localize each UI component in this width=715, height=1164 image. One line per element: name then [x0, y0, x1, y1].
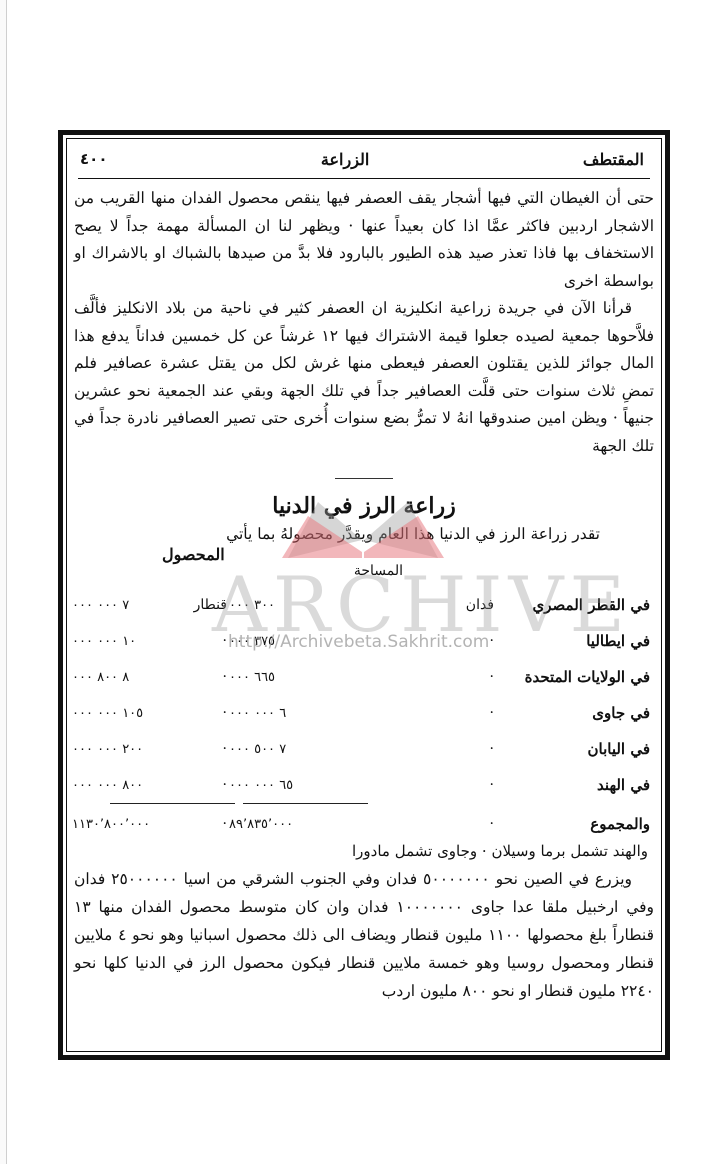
yield-cell: ٢٠٠ ٠٠٠ ٠٠٠: [70, 731, 167, 767]
paragraph: حتى أن الغيطان التي فيها أشجار يقف العصف…: [74, 185, 654, 295]
area-unit-cell: ·: [434, 731, 500, 767]
running-header: المقتطف الزراعة ٤٠٠: [70, 142, 658, 176]
page-number: ٤٠٠: [80, 150, 107, 168]
magazine-page: المقتطف الزراعة ٤٠٠ حتى أن الغيطان التي …: [64, 136, 664, 1054]
table-row: في الولايات المتحدة · ٦٦٥ ٠٠٠ · ٨ ٨٠٠ ٠٠…: [70, 659, 658, 695]
paragraph: قرأنا الآن في جريدة زراعية انكليزية ان ا…: [74, 295, 654, 460]
country-cell: في الهند: [500, 767, 658, 803]
yield-unit-cell: ·: [167, 659, 229, 695]
table-row: في جاوى · ٦ ٠٠٠ ٠٠٠ · ١٠٥ ٠٠٠ ٠٠٠: [70, 695, 658, 731]
country-cell: في الولايات المتحدة: [500, 659, 658, 695]
total-label: والمجموع: [500, 809, 658, 839]
country-cell: في جاوى: [500, 695, 658, 731]
paragraph: ويزرع في الصين نحو ٥٠٠٠٠٠٠٠ فدان وفي الج…: [74, 865, 654, 1005]
total-area: ٨٩٬٨٣٥٬٠٠٠: [229, 809, 434, 839]
table-footnote: والهند تشمل برما وسيلان · وجاوى تشمل ماد…: [70, 839, 658, 863]
country-cell: في اليابان: [500, 731, 658, 767]
table-column-headers: المساحة المحصول: [70, 543, 658, 587]
table-row: في ايطاليا · ٣٧٥ ٠٠٠ · ١٠ ٠٠٠ ٠٠٠: [70, 623, 658, 659]
area-unit-cell: ·: [434, 695, 500, 731]
header-rule: [78, 178, 650, 179]
article-text: حتى أن الغيطان التي فيها أشجار يقف العصف…: [70, 185, 658, 460]
area-cell: ٣٧٥ ٠٠٠: [229, 623, 434, 659]
yield-cell: ١٠ ٠٠٠ ٠٠٠: [70, 623, 167, 659]
yield-cell: ٨٠٠ ٠٠٠ ٠٠٠: [70, 767, 167, 803]
total-yield: ١١٣٠٬٨٠٠٬٠٠٠: [70, 809, 167, 839]
yield-cell: ١٠٥ ٠٠٠ ٠٠٠: [70, 695, 167, 731]
sum-rules: [70, 803, 658, 809]
rice-table-total: والمجموع · ٨٩٬٨٣٥٬٠٠٠ · ١١٣٠٬٨٠٠٬٠٠٠: [70, 809, 658, 839]
yield-unit-cell: ·: [167, 809, 229, 839]
journal-name: المقتطف: [583, 150, 644, 169]
table-row: في القطر المصري فدان ٣٠٠ ٠٠٠ قنطار ٧ ٠٠٠…: [70, 587, 658, 623]
rice-table: في القطر المصري فدان ٣٠٠ ٠٠٠ قنطار ٧ ٠٠٠…: [70, 587, 658, 803]
yield-unit-cell: ·: [167, 731, 229, 767]
area-unit-cell: ·: [434, 659, 500, 695]
scan-edge: [0, 0, 7, 1164]
yield-cell: ٧ ٠٠٠ ٠٠٠: [70, 587, 167, 623]
table-intro: تقدر زراعة الرز في الدنيا هذا العام ويقد…: [70, 525, 658, 543]
area-cell: ٧ ٥٠٠ ٠٠٠: [229, 731, 434, 767]
area-unit-cell: ·: [434, 767, 500, 803]
yield-unit-cell: ·: [167, 695, 229, 731]
area-cell: ٣٠٠ ٠٠٠: [229, 587, 434, 623]
yield-unit-cell: ·: [167, 623, 229, 659]
area-cell: ٦٦٥ ٠٠٠: [229, 659, 434, 695]
country-cell: في القطر المصري: [500, 587, 658, 623]
area-cell: ٦ ٠٠٠ ٠٠٠: [229, 695, 434, 731]
yield-unit-cell: قنطار: [167, 587, 229, 623]
yield-sum-rule: [110, 803, 235, 804]
closing-text: ويزرع في الصين نحو ٥٠٠٠٠٠٠٠ فدان وفي الج…: [70, 865, 658, 1005]
section-title: زراعة الرز في الدنيا: [70, 493, 658, 519]
section-name: الزراعة: [321, 150, 369, 169]
yield-unit-cell: ·: [167, 767, 229, 803]
country-cell: في ايطاليا: [500, 623, 658, 659]
column-header-area: المساحة: [354, 563, 403, 579]
column-header-yield: المحصول: [162, 545, 225, 564]
area-sum-rule: [243, 803, 368, 804]
area-cell: ٦٥ ٠٠٠ ٠٠٠: [229, 767, 434, 803]
table-row: في اليابان · ٧ ٥٠٠ ٠٠٠ · ٢٠٠ ٠٠٠ ٠٠٠: [70, 731, 658, 767]
area-unit-cell: ·: [434, 809, 500, 839]
area-unit-cell: فدان: [434, 587, 500, 623]
total-row: والمجموع · ٨٩٬٨٣٥٬٠٠٠ · ١١٣٠٬٨٠٠٬٠٠٠: [70, 809, 658, 839]
yield-cell: ٨ ٨٠٠ ٠٠٠: [70, 659, 167, 695]
table-row: في الهند · ٦٥ ٠٠٠ ٠٠٠ · ٨٠٠ ٠٠٠ ٠٠٠: [70, 767, 658, 803]
section-separator: [335, 478, 393, 479]
area-unit-cell: ·: [434, 623, 500, 659]
